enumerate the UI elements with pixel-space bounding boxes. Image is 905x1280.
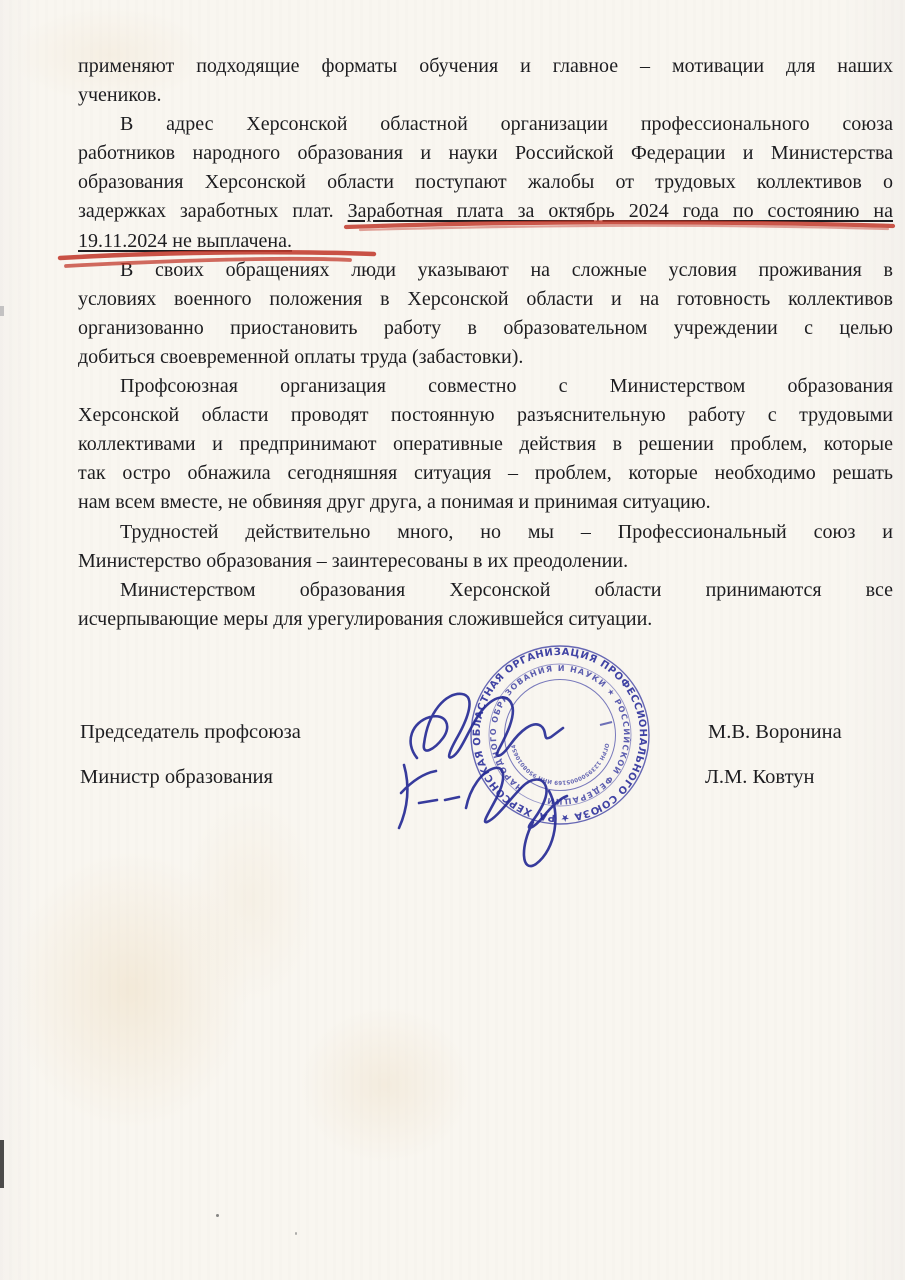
text-line: применяют подходящие форматы обучения и …	[78, 52, 893, 81]
text-segment: В адрес Херсонской областной организации…	[120, 113, 893, 135]
text-segment: коллективами и предпринимают оперативные…	[78, 433, 893, 455]
text-segment: организованно приостановить работу в обр…	[78, 317, 893, 339]
paragraph: В адрес Херсонской областной организации…	[78, 110, 893, 255]
scan-edge-mark	[0, 1140, 4, 1188]
stamp-outer-ring-text: ХЕРСОНСКАЯ ОБЛАСТНАЯ ОРГАНИЗАЦИЯ ПРОФЕСС…	[455, 627, 648, 823]
text-line: нам всем вместе, не обвиняя друг друга, …	[78, 488, 893, 517]
text-segment: Министерство образования – заинтересован…	[78, 550, 628, 572]
stamp-registration-text: ОГРН 1239500005169 ИНН 9508010654	[511, 743, 609, 785]
text-segment: исчерпывающие меры для урегулирования сл…	[78, 608, 652, 630]
paragraph: Профсоюзная организация совместно с Мини…	[78, 372, 893, 517]
underlined-text-segment: 19.11.2024 не выплачена.	[78, 230, 292, 252]
text-line: Профсоюзная организация совместно с Мини…	[78, 372, 893, 401]
stamp-inner-ring-text: НАРОДНОГО ОБРАЗОВАНИЯ И НАУКИ ★ РОССИЙСК…	[489, 664, 633, 806]
svg-text:НАРОДНОГО ОБРАЗОВАНИЯ И НАУКИ: НАРОДНОГО ОБРАЗОВАНИЯ И НАУКИ ★ РОССИЙСК…	[489, 664, 633, 806]
text-segment: так остро обнажила сегодняшняя ситуация …	[78, 462, 893, 484]
signatory-name: Л.М. Ковтун	[705, 766, 815, 789]
text-segment: учеников.	[78, 84, 162, 106]
text-line: задержках заработных плат. Заработная пл…	[78, 197, 893, 226]
text-line: Трудностей действительно много, но мы – …	[78, 518, 893, 547]
text-segment: работников народного образования и науки…	[78, 142, 893, 164]
signature-ink	[399, 694, 567, 866]
text-segment: Херсонской области проводят постоянную р…	[78, 404, 893, 426]
text-line: Министерством образования Херсонской обл…	[78, 576, 893, 605]
text-line: условиях военного положения в Херсонской…	[78, 285, 893, 314]
text-line: 19.11.2024 не выплачена.	[78, 227, 893, 256]
svg-text:ХЕРСОНСКАЯ ОБЛАСТНАЯ ОРГАНИЗАЦ: ХЕРСОНСКАЯ ОБЛАСТНАЯ ОРГАНИЗАЦИЯ ПРОФЕСС…	[455, 627, 648, 823]
stamp-center-dash	[600, 722, 612, 725]
paragraph: В своих обращениях люди указывают на сло…	[78, 256, 893, 372]
text-line: учеников.	[78, 81, 893, 110]
signatory-name: М.В. Воронина	[708, 721, 842, 744]
text-line: исчерпывающие меры для урегулирования сл…	[78, 605, 893, 634]
text-segment: Министерством образования Херсонской обл…	[120, 579, 893, 601]
text-segment: В своих обращениях люди указывают на сло…	[120, 259, 893, 281]
paragraph: Трудностей действительно много, но мы – …	[78, 518, 893, 576]
paper-speck	[216, 1214, 219, 1217]
text-segment: Профсоюзная организация совместно с Мини…	[120, 375, 893, 397]
text-segment: добиться своевременной оплаты труда (заб…	[78, 346, 523, 368]
text-line: добиться своевременной оплаты труда (заб…	[78, 343, 893, 372]
signatory-role: Министр образования	[80, 766, 273, 789]
text-line: образования Херсонской области поступают…	[78, 168, 893, 197]
text-segment: нам всем вместе, не обвиняя друг друга, …	[78, 491, 711, 513]
scan-edge-mark	[0, 306, 4, 316]
text-segment: применяют подходящие форматы обучения и …	[78, 55, 893, 77]
text-line: так остро обнажила сегодняшняя ситуация …	[78, 459, 893, 488]
text-segment: задержках заработных плат.	[78, 200, 348, 222]
text-line: работников народного образования и науки…	[78, 139, 893, 168]
paper-speck	[295, 1232, 297, 1235]
scanned-letter-page: применяют подходящие форматы обучения и …	[0, 0, 905, 1280]
text-segment: Трудностей действительно много, но мы – …	[120, 521, 893, 543]
text-line: коллективами и предпринимают оперативные…	[78, 430, 893, 459]
paragraph: Министерством образования Херсонской обл…	[78, 576, 893, 634]
text-line: организованно приостановить работу в обр…	[78, 314, 893, 343]
text-line: Министерство образования – заинтересован…	[78, 547, 893, 576]
signature-kovtun	[399, 765, 567, 866]
signature-voronina	[411, 694, 563, 758]
official-stamp-icon: ХЕРСОНСКАЯ ОБЛАСТНАЯ ОРГАНИЗАЦИЯ ПРОФЕСС…	[455, 627, 649, 824]
text-flow: применяют подходящие форматы обучения и …	[78, 52, 893, 634]
svg-text:ОГРН 1239500005169 ИНН 9508010: ОГРН 1239500005169 ИНН 9508010654	[511, 743, 609, 785]
text-line: В адрес Херсонской областной организации…	[78, 110, 893, 139]
paragraph: применяют подходящие форматы обучения и …	[78, 52, 893, 110]
text-segment: образования Херсонской области поступают…	[78, 171, 893, 193]
underlined-text-segment: Заработная плата за октябрь 2024 года по…	[348, 200, 893, 222]
text-segment: условиях военного положения в Херсонской…	[78, 288, 893, 310]
text-line: В своих обращениях люди указывают на сло…	[78, 256, 893, 285]
signatory-role: Председатель профсоюза	[80, 721, 301, 744]
text-line: Херсонской области проводят постоянную р…	[78, 401, 893, 430]
